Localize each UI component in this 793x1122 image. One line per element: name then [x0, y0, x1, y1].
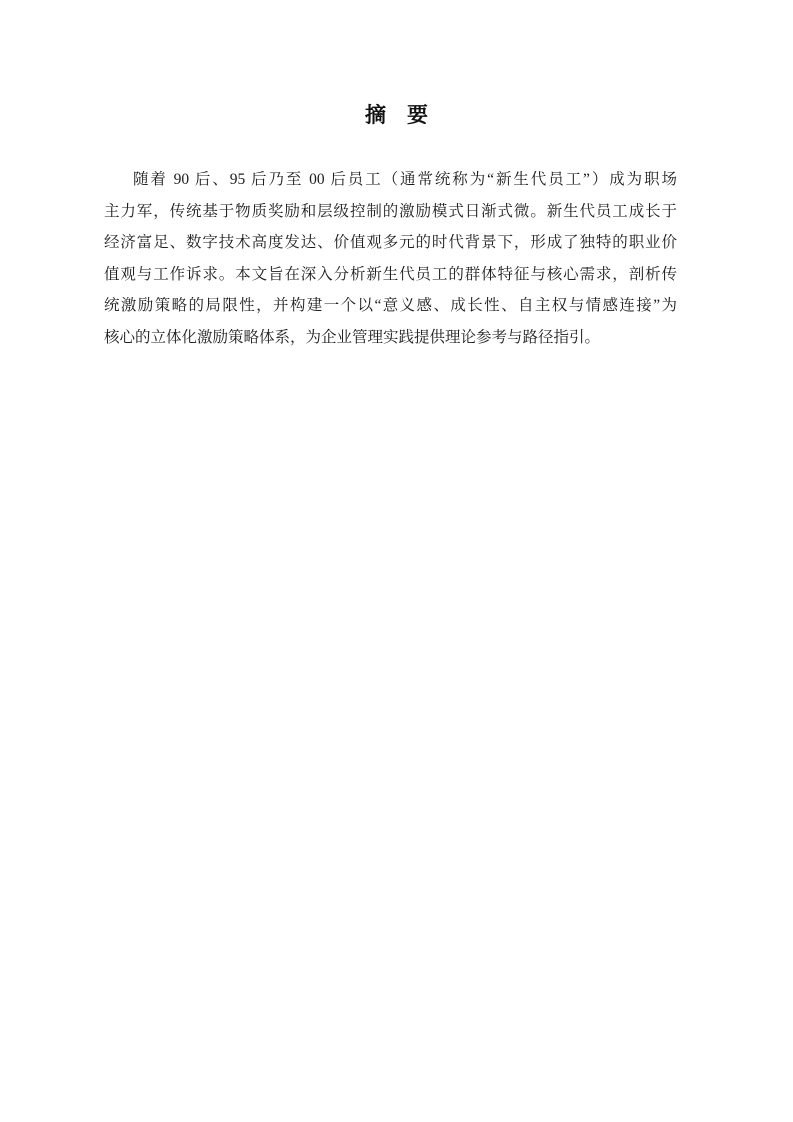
abstract-line-3: 经济富足、数字技术高度发达、价值观多元的时代背景下，形成了独特的职业价	[104, 227, 677, 259]
abstract-line-6: 核心的立体化激励策略体系，为企业管理实践提供理论参考与路径指引。	[104, 322, 677, 354]
abstract-line-2: 主力军，传统基于物质奖励和层级控制的激励模式日渐式微。新生代员工成长于	[104, 196, 677, 228]
abstract-paragraph: 随着 90 后、95 后乃至 00 后员工（通常统称为“新生代员工”）成为职场 …	[104, 164, 677, 354]
abstract-line-5: 统激励策略的局限性，并构建一个以“意义感、成长性、自主权与情感连接”为	[104, 290, 677, 322]
abstract-line-1: 随着 90 后、95 后乃至 00 后员工（通常统称为“新生代员工”）成为职场	[104, 164, 677, 196]
abstract-title: 摘 要	[0, 100, 793, 130]
document-page: 摘 要 随着 90 后、95 后乃至 00 后员工（通常统称为“新生代员工”）成…	[0, 0, 793, 1122]
abstract-line-4: 值观与工作诉求。本文旨在深入分析新生代员工的群体特征与核心需求，剖析传	[104, 259, 677, 291]
